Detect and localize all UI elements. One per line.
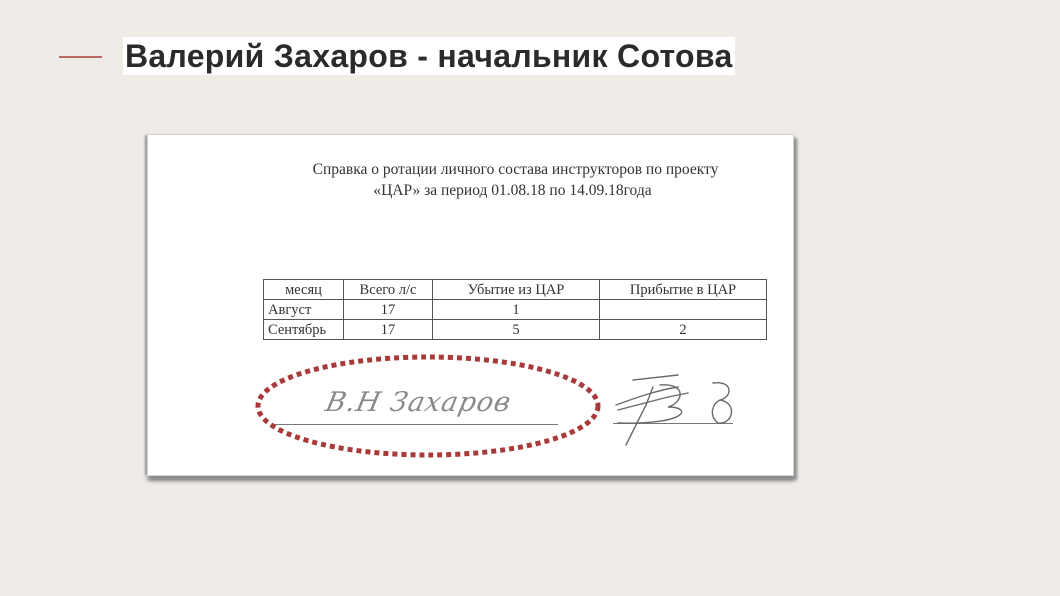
name-underline xyxy=(273,424,558,425)
handwritten-name: В.Н Захаров xyxy=(323,387,515,418)
column-header-total: Всего л/с xyxy=(344,280,433,300)
table-row: Сентябрь 17 5 2 xyxy=(264,320,767,340)
document-heading-line-2: «ЦАР» за период 01.08.18 по 14.09.18года xyxy=(148,180,793,201)
column-header-month: месяц xyxy=(264,280,344,300)
scanned-document: Справка о ротации личного состава инстру… xyxy=(147,134,794,476)
signature-underline xyxy=(613,423,733,424)
table-row: Август 17 1 xyxy=(264,300,767,320)
slide-title: Валерий Захаров - начальник Сотова xyxy=(123,37,735,75)
cell-total: 17 xyxy=(344,300,433,320)
cell-arrival: 2 xyxy=(600,320,767,340)
cell-departure: 5 xyxy=(433,320,600,340)
cell-departure: 1 xyxy=(433,300,600,320)
column-header-arrival: Прибытие в ЦАР xyxy=(600,280,767,300)
cell-arrival xyxy=(600,300,767,320)
document-heading-line-1: Справка о ротации личного состава инстру… xyxy=(148,159,793,180)
title-accent-line xyxy=(59,56,102,58)
cell-total: 17 xyxy=(344,320,433,340)
cell-month: Август xyxy=(264,300,344,320)
column-header-departure: Убытие из ЦАР xyxy=(433,280,600,300)
table-header-row: месяц Всего л/с Убытие из ЦАР Прибытие в… xyxy=(264,280,767,300)
document-heading: Справка о ротации личного состава инстру… xyxy=(148,159,793,201)
cell-month: Сентябрь xyxy=(264,320,344,340)
rotation-table: месяц Всего л/с Убытие из ЦАР Прибытие в… xyxy=(263,279,767,340)
